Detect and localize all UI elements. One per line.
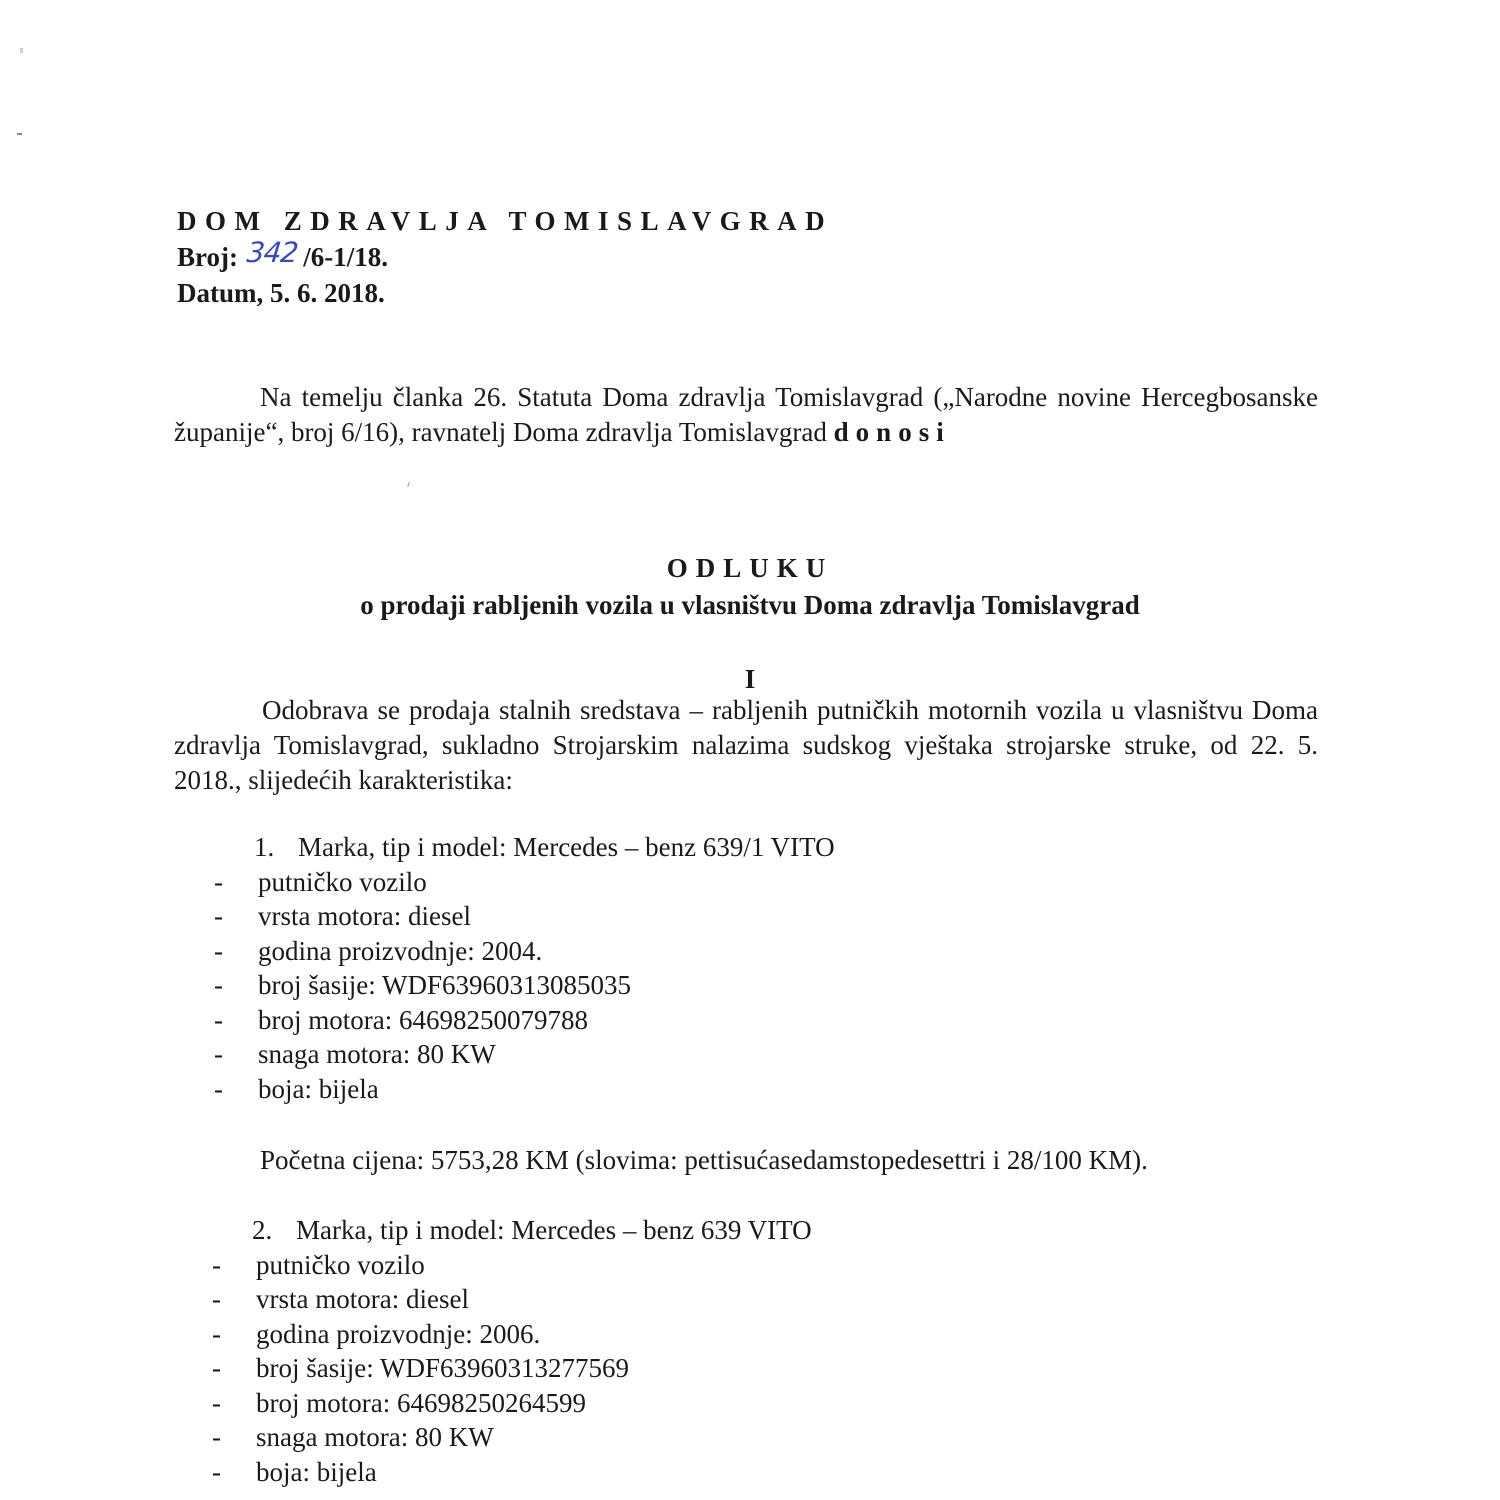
- vehicle-details: -putničko vozilo -vrsta motora: diesel -…: [172, 1248, 812, 1490]
- detail-item: -godina proizvodnje: 2006.: [172, 1317, 812, 1352]
- intro-paragraph: Na temelju članka 26. Statuta Doma zdrav…: [174, 380, 1318, 450]
- handwritten-number: 342: [245, 235, 299, 271]
- reference-label: Broj:: [177, 242, 238, 272]
- detail-item: -broj motora: 64698250079788: [174, 1003, 835, 1038]
- detail-item: -broj šasije: WDF63960313277569: [172, 1351, 812, 1386]
- vehicle-heading: 2.Marka, tip i model: Mercedes – benz 63…: [172, 1213, 812, 1248]
- vehicle-model: Marka, tip i model: Mercedes – benz 639 …: [296, 1215, 812, 1245]
- vehicle-model: Marka, tip i model: Mercedes – benz 639/…: [298, 832, 835, 862]
- vehicle-heading: 1.Marka, tip i model: Mercedes – benz 63…: [174, 830, 835, 865]
- vehicle-item: 2.Marka, tip i model: Mercedes – benz 63…: [172, 1213, 812, 1489]
- section-number: I: [0, 664, 1500, 695]
- scan-artifact: [407, 482, 410, 487]
- detail-item: -boja: bijela: [172, 1455, 812, 1490]
- detail-item: -vrsta motora: diesel: [174, 899, 835, 934]
- scan-artifact: [17, 133, 22, 135]
- document-date: Datum, 5. 6. 2018.: [177, 275, 833, 311]
- detail-item: -broj šasije: WDF63960313085035: [174, 968, 835, 1003]
- organization-name: DOM ZDRAVLJA TOMISLAVGRAD: [177, 203, 833, 239]
- intro-emphasis: donosi: [834, 417, 951, 447]
- detail-item: -putničko vozilo: [174, 865, 835, 900]
- reference-number: Broj: 342/6-1/18.: [177, 239, 833, 275]
- document-page: DOM ZDRAVLJA TOMISLAVGRAD Broj: 342/6-1/…: [0, 0, 1500, 1500]
- vehicle-number: 1.: [254, 830, 298, 865]
- decision-body-text: Odobrava se prodaja stalnih sredstava – …: [174, 695, 1318, 795]
- decision-title: ODLUKU: [0, 553, 1500, 584]
- detail-item: -godina proizvodnje: 2004.: [174, 934, 835, 969]
- detail-item: -broj motora: 64698250264599: [172, 1386, 812, 1421]
- starting-price: Početna cijena: 5753,28 KM (slovima: pet…: [260, 1145, 1148, 1176]
- reference-suffix: /6-1/18.: [303, 242, 388, 272]
- decision-body: Odobrava se prodaja stalnih sredstava – …: [174, 693, 1318, 798]
- decision-subtitle: o prodaji rabljenih vozila u vlasništvu …: [0, 590, 1500, 621]
- vehicle-details: -putničko vozilo -vrsta motora: diesel -…: [174, 865, 835, 1107]
- intro-text: Na temelju članka 26. Statuta Doma zdrav…: [174, 382, 1318, 447]
- vehicle-number: 2.: [252, 1213, 296, 1248]
- detail-item: -putničko vozilo: [172, 1248, 812, 1283]
- vehicle-item: 1.Marka, tip i model: Mercedes – benz 63…: [174, 830, 835, 1106]
- detail-item: -snaga motora: 80 KW: [174, 1037, 835, 1072]
- scan-artifact: [20, 48, 23, 53]
- detail-item: -vrsta motora: diesel: [172, 1282, 812, 1317]
- detail-item: -boja: bijela: [174, 1072, 835, 1107]
- document-header: DOM ZDRAVLJA TOMISLAVGRAD Broj: 342/6-1/…: [177, 203, 833, 311]
- detail-item: -snaga motora: 80 KW: [172, 1420, 812, 1455]
